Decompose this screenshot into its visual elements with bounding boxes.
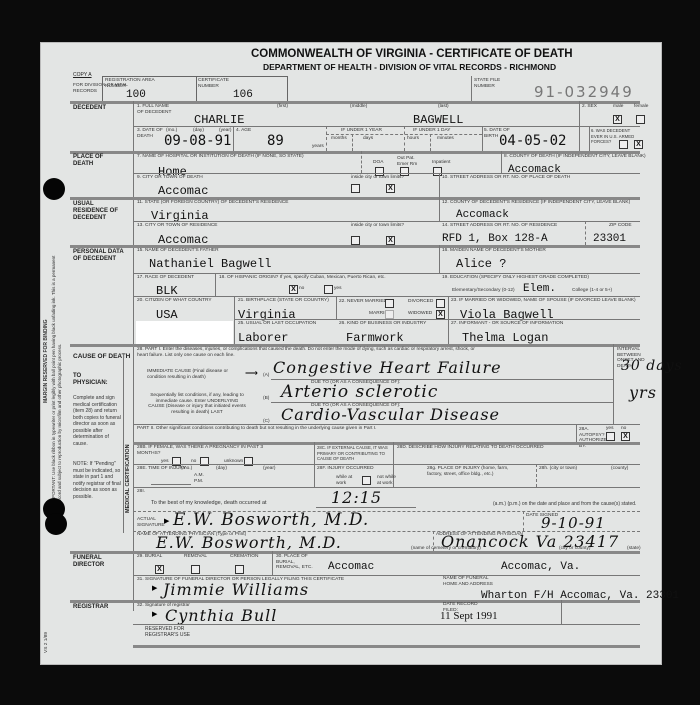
autopsy-label: 28a. AUTOPSY? AUTHORIZED BY: [579,427,609,449]
residence-street-label: 14. STREET ADDRESS OR RT. NO. OF RESIDEN… [442,223,557,229]
education-value: Elem. [523,283,556,295]
armed-forces-no-checkbox[interactable]: X [634,140,643,149]
hispanic-no-checkbox[interactable]: X [289,285,298,294]
section-place-of-death: PLACE OF DEATH [73,154,123,168]
days-label: days [363,136,373,142]
ampm-suffix: (a.m.) (p.m.) on the date and place and … [493,502,636,508]
autopsy-yes-label: yes [606,426,613,432]
autopsy-no-label: no [621,426,626,432]
signature-label: ACTUAL SIGNATURE [137,517,167,528]
death-certificate: COMMONWEALTH OF VIRGINIA - CERTIFICATE O… [40,42,662,665]
age-label: 4. AGE [236,128,251,134]
street-of-death-label: 10. STREET ADDRESS OR RT. NO. OF PLACE O… [442,175,570,181]
citizen-label: 20. CITIZEN OF WHAT COUNTRY [137,298,212,304]
pm-label: P.M. [194,479,203,485]
pregnancy-label: 28b. IF FEMALE, WAS THERE A PREGNANCY IN… [137,445,272,456]
minutes-label: minutes [437,136,454,142]
certificate-subtitle: DEPARTMENT OF HEALTH - DIVISION OF VITAL… [263,62,556,72]
inpatient-label: Inpatient [432,160,450,166]
occupation-value: Laborer [238,331,288,345]
residence-county-value: Accomack [456,209,509,221]
city-caption: (city or county) [559,546,590,552]
binder-hole [43,178,65,200]
mother-label: 16. MAIDEN NAME OF DECEDENT'S MOTHER [442,248,546,254]
section-personal-data: PERSONAL DATA OF DECEDENT [73,249,128,263]
informant-label: 27. INFORMANT - OR SOURCE OF INFORMATION [451,321,563,327]
cause-line-c: Cardio-Vascular Disease [281,405,500,424]
business-value: Farmwork [346,331,404,345]
while-at-work-checkbox[interactable] [362,476,371,485]
am-label: A.M. [194,473,204,479]
armed-forces-yes-checkbox[interactable] [619,140,628,149]
pointer-icon: ▶ [152,610,157,618]
redacted-field [136,321,233,345]
injury-occurred-label: 28f. INJURY OCCURRED [317,466,374,472]
doa-label: DOA [373,160,383,166]
copy-label: COPY A [73,72,92,79]
funeral-director-signature: Jimmie Williams [163,580,309,599]
zip-label: ZIP CODE [609,223,632,229]
race-label: 17. RACE OF DECEDENT [137,275,194,281]
removal-checkbox[interactable] [191,565,200,574]
section-registrar: REGISTRAR [73,604,108,611]
physician-name-value: E.W. Bosworth, M.D. [156,533,342,552]
funeral-home-label: NAME OF FUNERAL HOME AND ADDRESS [443,576,493,587]
age-value: 89 [267,133,284,149]
pointer-icon: ▶ [164,517,169,525]
sequential-label: Sequentially list conditions, if any, le… [147,393,247,415]
state-caption: (state) [627,546,641,552]
widowed-checkbox[interactable]: X [436,310,445,319]
not-while-at-work-label: not while at work [377,475,397,486]
date-of-birth-value: 04-05-02 [499,133,566,149]
residence-inside-no-checkbox[interactable]: X [386,236,395,245]
date-of-death-value: 09-08-91 [164,133,231,149]
years-label: years [312,144,324,150]
hispanic-yes-checkbox[interactable] [324,285,333,294]
injury-mo-label: (mo.) [181,466,192,472]
never-married-checkbox[interactable] [385,299,394,308]
immediate-cause-label: IMMEDIATE CAUSE (Final disease or condit… [147,369,247,380]
autopsy-no-checkbox[interactable]: X [621,432,630,441]
form-number: VS 2 1/89 [44,632,50,653]
divorced-label: DIVORCED [408,299,433,305]
section-cause-of-death: CAUSE OF DEATH [73,353,130,360]
date-filed-value: 11 Sept 1991 [440,610,498,622]
physician-signature: E.W. Bosworth, M.D. [173,510,369,530]
elementary-label: Elementary/Secondary (0-12) [452,288,515,294]
residence-state-label: 11. STATE (OR FOREIGN COUNTRY) OF DECEDE… [137,200,288,206]
inpatient-checkbox[interactable] [433,167,442,176]
female-label: female [634,104,648,110]
arrow-icon: ⟶ [245,368,258,379]
informant-value: Thelma Logan [462,331,548,345]
under-day-label: IF UNDER 1 DAY [413,128,451,134]
part2-label: PART II. Other significant conditions co… [137,426,376,432]
burial-checkbox[interactable]: X [155,565,164,574]
section-funeral-director: FUNERAL DIRECTOR [73,555,123,569]
residence-inside-city-label: inside city or town limits? [351,223,404,229]
sex-female-checkbox[interactable] [636,115,645,124]
reserved-label: RESERVED FOR REGISTRAR'S USE [145,627,205,638]
inside-city-label: inside city or town limits? [351,175,404,181]
city-of-death-value: Accomac [158,184,208,198]
burial-label: 29. BURIAL [137,554,162,560]
father-label: 15. NAME OF DECEDENT'S FATHER [137,248,219,254]
decedent-last-name: BAGWELL [413,113,463,127]
residence-county-label: 12. COUNTY OF DECEDENT'S RESIDENCE (if i… [442,200,630,206]
burial-place-value: Accomac [328,561,374,573]
to-physician-label: TO PHYSICIAN: [73,373,113,387]
cause-line-b: Arterio sclerotic [281,382,438,402]
cemetery-caption: (name of cemetery or crematory) [411,546,481,552]
describe-injury-label: 28d. DESCRIBE HOW INJURY RELATING TO DEA… [397,445,544,451]
pending-note: NOTE: If "Pending" must be indicated, so… [73,461,123,500]
sex-label: 2. SEX [582,104,597,110]
interval-b: yrs [629,383,657,402]
time-of-death: 12:15 [331,488,382,507]
never-married-label: 22. NEVER MARRIED [339,299,387,305]
zip-value: 23301 [593,233,626,245]
part1-label: 28. PART I. Enter the diseases, injuries… [137,347,477,358]
cause-line-a: Congestive Heart Failure [273,358,502,377]
item-28i-label: 28i. [137,489,145,495]
father-value: Nathaniel Bagwell [149,257,271,271]
time-of-injury-label: 28e. TIME OF INJURY [137,466,186,472]
autopsy-yes-checkbox[interactable] [606,432,615,441]
injury-day-label: (day) [216,466,227,472]
state-file-number: 91-032949 [534,83,634,101]
spouse-label: 23. IF MARRIED OR WIDOWED, NAME OF SPOUS… [451,298,641,304]
outpat-label: Out Pat. Emer Rm [397,156,419,167]
while-at-work-label: while at work [336,475,361,486]
middle-label: (middle) [350,104,367,110]
date-signed-value: 9-10-91 [541,514,606,532]
hours-label: hours [407,136,419,142]
residence-inside-yes-checkbox[interactable] [351,236,360,245]
certificate-number-value: 106 [233,89,253,101]
months-label: months [331,136,347,142]
sex-male-checkbox[interactable]: X [613,115,622,124]
first-label: (first) [277,104,288,110]
medical-certification-label: MEDICAL CERTIFICATION [125,444,132,513]
cremation-checkbox[interactable] [235,565,244,574]
hispanic-yes-label: yes [334,286,341,292]
college-label: College (1-4 or 5+) [572,288,612,294]
burial-city-value: Accomac, Va. [501,561,580,573]
removal-label: REMOVAL [184,554,207,560]
birthplace-label: 21. BIRTHPLACE (state or country) [238,298,329,304]
injury-county-label: (county) [611,466,628,472]
full-name-label: 1. FULL NAME OF DECEDENT [137,104,177,115]
business-label: 26. KIND OF BUSINESS OR INDUSTRY [339,321,426,327]
certificate-title: COMMONWEALTH OF VIRGINIA - CERTIFICATE O… [251,48,573,60]
hospital-label: 7. NAME OF HOSPITAL OR INSTITUTION OF DE… [137,154,304,160]
residence-city-label: 13. CITY OR TOWN OF RESIDENCE [137,223,218,229]
widowed-label: WIDOWED [408,311,432,317]
burial-place-label: 30. PLACE OF BURIAL, REMOVAL, ETC. [276,554,316,571]
residence-street-value: RFD 1, Box 128-A [442,233,548,245]
interval-a: 30 days [621,358,683,374]
married-checkbox[interactable] [385,310,394,319]
state-file-label: STATE FILE NUMBER [474,78,504,89]
city-of-death-label: 9. CITY OR TOWN OF DEATH [137,175,203,181]
external-cause-label: 28c. IF EXTERNAL CAUSE, IT WAS PRIMARY O… [317,445,392,462]
binder-hole [45,513,67,535]
hispanic-no-label: no [299,286,304,292]
registrar-signature: Cynthia Bull [165,606,277,625]
county-of-death-label: 8. COUNTY OF DEATH (if independent city,… [504,154,646,160]
inside-city-yes-checkbox[interactable] [351,184,360,193]
important-note: IMPORTANT: Use black ribbon in typewrite… [51,253,62,503]
cremation-label: CREMATION [230,554,258,560]
last-label: (last) [438,104,449,110]
certification-statement: To the best of my knowledge, death occur… [151,501,267,507]
margin-reserved-label: MARGIN RESERVED FOR BINDING [44,319,50,403]
registration-area-value: 100 [126,89,146,101]
date-of-death-label: 3. DATE OF DEATH [137,128,165,139]
male-label: male [613,104,623,110]
registration-area-label: REGISTRATION AREA NUMBER [105,78,155,89]
section-usual-residence: USUAL RESIDENCE OF DECEDENT [73,201,128,222]
certificate-number-label: CERTIFICATE NUMBER [198,78,238,89]
under-year-label: IF UNDER 1 YEAR [341,128,382,134]
mother-value: Alice ? [456,257,506,271]
occupation-label: 25. USUAL OR LAST OCCUPATION [238,321,316,327]
education-label: 19. EDUCATION (Specify only highest grad… [442,275,589,281]
injury-year-label: (year) [263,466,276,472]
citizen-value: USA [156,308,178,322]
divorced-checkbox[interactable] [436,299,445,308]
decedent-first-name: CHARLIE [194,113,244,127]
place-of-injury-label: 28g. PLACE OF INJURY (home, farm, factor… [427,466,517,477]
hispanic-label: 18. OF HISPANIC ORIGIN? If yes, specify … [219,275,439,281]
pointer-icon: ▶ [152,584,157,592]
injury-city-label: 28h. (city or town) [539,466,577,472]
physician-note: Complete and sign medical certification … [73,395,123,447]
section-decedent: DECEDENT [73,105,106,112]
inside-city-no-checkbox[interactable]: X [386,184,395,193]
